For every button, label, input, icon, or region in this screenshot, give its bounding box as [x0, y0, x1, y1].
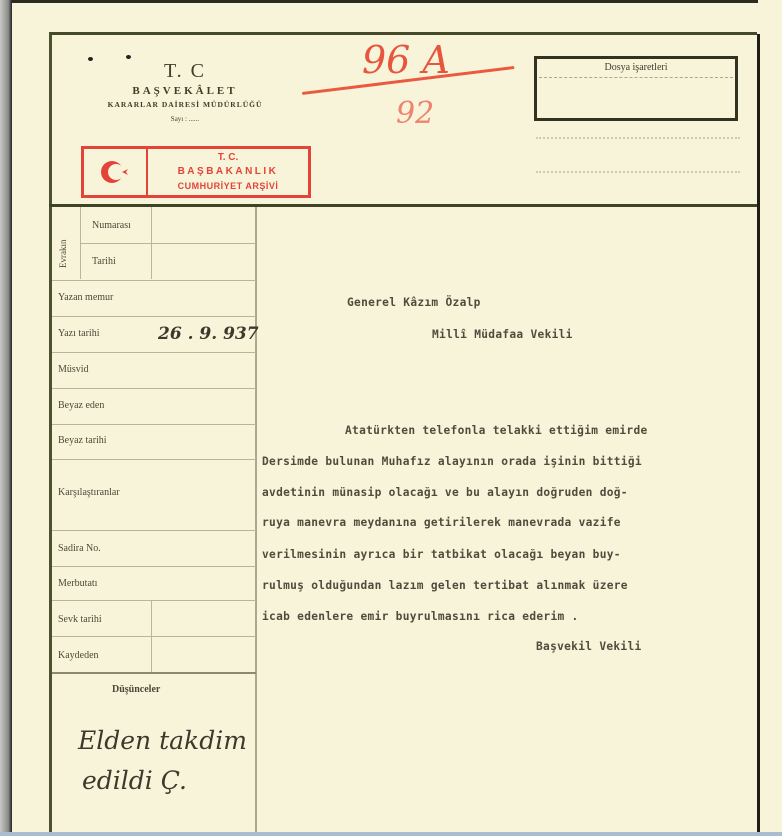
field-yazi-tarihi-value: 26 . 9. 937	[158, 324, 259, 344]
label-dusunceler: Düşünceler	[112, 684, 160, 695]
label-numarasi: Numarası	[92, 220, 131, 231]
letter-body-line: rulmuş olduğundan lazım gelen tertibat a…	[262, 579, 628, 592]
row-line	[52, 672, 256, 674]
crescent-star-icon	[84, 149, 148, 195]
header-divider	[49, 204, 757, 207]
label-kaydeden: Kaydeden	[58, 650, 99, 661]
letter-recipient-name: Generel Kâzım Özalp	[347, 296, 481, 309]
dotted-line	[536, 171, 740, 173]
column-divider	[255, 207, 257, 836]
letter-body-line: verilmesinin ayrıca bir tatbikat olacağı…	[262, 548, 621, 561]
label-karsilastiran: Karşılaştıranlar	[58, 487, 120, 498]
row-line	[52, 636, 256, 637]
label-evrakin: Evrakın	[58, 240, 68, 269]
outer-border-top	[12, 0, 758, 3]
label-sadira-no: Sadira No.	[58, 543, 101, 554]
red-annotation-bottom: 92	[396, 96, 434, 131]
outer-border-right	[757, 34, 760, 834]
label-tarihi: Tarihi	[92, 256, 116, 267]
label-merbutati: Merbutatı	[58, 578, 97, 589]
row-line	[52, 280, 256, 281]
label-sevk-tarihi: Sevk tarihi	[58, 614, 102, 625]
letter-body-line: avdetinin münasip olacağı ve bu alayın d…	[262, 486, 628, 499]
stamp-line-2: BAŞBAKANLIK	[148, 165, 308, 179]
letterhead-department: KARARLAR DAİRESİ MÜDÜRLÜĞÜ	[60, 100, 310, 109]
label-yazi-tarihi: Yazı tarihi	[58, 328, 99, 339]
note-handwritten-line-1: Elden takdim	[78, 726, 247, 755]
row-line	[52, 600, 256, 601]
viewer-bottom-bar	[0, 832, 782, 836]
letterhead: T. C BAŞVEKÂLET KARARLAR DAİRESİ MÜDÜRLÜ…	[60, 56, 310, 123]
label-beyaz-tarihi: Beyaz tarihi	[58, 435, 107, 446]
row-line	[52, 424, 256, 425]
row-line	[52, 459, 256, 460]
letterhead-office: BAŞVEKÂLET	[60, 85, 310, 97]
letterhead-number: Sayı : ......	[60, 115, 310, 123]
letterhead-tc: T. C	[60, 60, 310, 83]
row-line	[52, 352, 256, 353]
letter-signature: Başvekil Vekili	[536, 640, 642, 653]
row-line	[52, 566, 256, 567]
scan-edge-shadow	[0, 0, 12, 836]
file-marks-label: Dosya işaretleri	[537, 62, 735, 73]
row-line	[80, 243, 256, 244]
letter-body-line: icab edenlere emir buyrulmasını rica ede…	[262, 610, 579, 623]
letter-body-line: Atatürkten telefonla telakki ettiğim emi…	[345, 424, 648, 437]
letter-body-line: ruya manevra meydanına getirilerek manev…	[262, 516, 621, 529]
stamp-line-3: CUMHURİYET ARŞİVİ	[148, 179, 308, 193]
row-line	[52, 388, 256, 389]
label-yazan-memur: Yazan memur	[58, 292, 113, 303]
letter-recipient-title: Millî Müdafaa Vekili	[432, 328, 573, 341]
row-line	[52, 530, 256, 531]
dotted-line	[536, 137, 740, 139]
label-musvid: Müsvid	[58, 364, 89, 375]
note-handwritten-line-2: edildi Ç.	[82, 766, 187, 795]
archive-stamp: T. C. BAŞBAKANLIK CUMHURİYET ARŞİVİ	[81, 146, 311, 198]
letter-body-line: Dersimde bulunan Muhafız alayının orada …	[262, 455, 642, 468]
stamp-line-1: T. C.	[148, 151, 308, 165]
row-line	[52, 316, 256, 317]
file-marks-box: Dosya işaretleri	[534, 56, 738, 121]
file-marks-dashed-line	[539, 77, 733, 78]
label-beyaz-eden: Beyaz eden	[58, 400, 104, 411]
